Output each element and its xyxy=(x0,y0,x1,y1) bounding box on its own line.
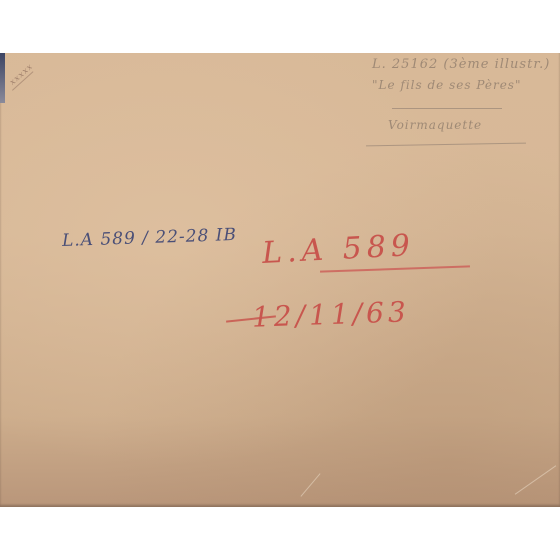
red-date-annotation: 12/11/63 xyxy=(251,295,410,333)
name-note: Voirmaquette xyxy=(388,118,482,132)
title-underline xyxy=(392,108,502,109)
title-note: "Le fils de ses Pères" xyxy=(372,78,521,92)
reference-note: L. 25162 (3ème illustr.) xyxy=(372,57,550,72)
document-canvas: xxxxx L. 25162 (3ème illustr.) "Le fils … xyxy=(0,0,560,560)
dark-edge-strip xyxy=(0,53,5,103)
